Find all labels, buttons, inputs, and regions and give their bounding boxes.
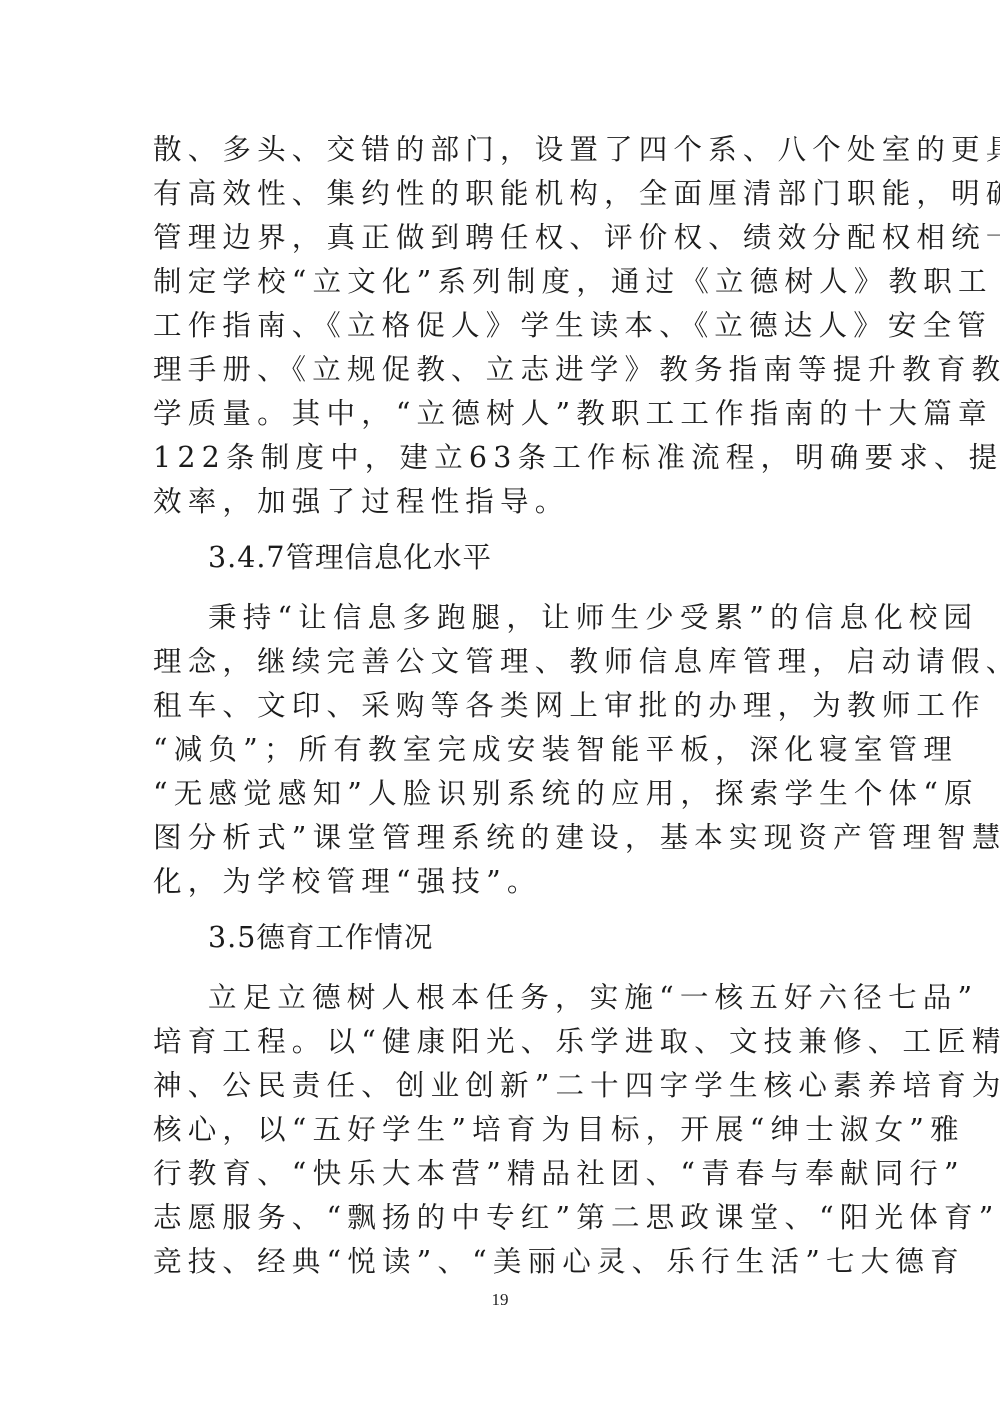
paragraph-line: 神、公民责任、创业创新”二十四字学生核心素养培育为 [153,1064,825,1108]
paragraph-line: 核心，以“五好学生”培育为目标，开展“绅士淑女”雅 [153,1108,825,1152]
paragraph-line: 理手册、《立规促教、立志进学》教务指南等提升教育教 [153,348,825,392]
paragraph-line: 学质量。其中，“立德树人”教职工工作指南的十大篇章 [153,392,825,436]
paragraph-line: 理念，继续完善公文管理、教师信息库管理，启动请假、 [153,640,825,684]
paragraph-line: 制定学校“立文化”系列制度，通过《立德树人》教职工 [153,260,825,304]
paragraph-line: “减负”；所有教室完成安装智能平板，深化寝室管理 [153,728,825,772]
section-heading: 3.4.7管理信息化水平 [208,536,492,580]
paragraph-line: 122条制度中，建立63条工作标准流程，明确要求、提升 [153,436,825,480]
paragraph-line: 立足立德树人根本任务，实施“一核五好六径七品” [208,976,825,1020]
page-number: 19 [0,1290,1000,1310]
paragraph-line: 租车、文印、采购等各类网上审批的办理，为教师工作 [153,684,825,728]
paragraph-line: 散、多头、交错的部门，设置了四个系、八个处室的更具 [153,128,825,172]
paragraph-line: 培育工程。以“健康阳光、乐学进取、文技兼修、工匠精 [153,1020,825,1064]
paragraph-line: “无感觉感知”人脸识别系统的应用，探索学生个体“原 [153,772,825,816]
paragraph-line: 志愿服务、“飘扬的中专红”第二思政课堂、“阳光体育” [153,1196,825,1240]
paragraph-line: 秉持“让信息多跑腿，让师生少受累”的信息化校园 [208,596,825,640]
paragraph-line: 行教育、“快乐大本营”精品社团、“青春与奉献同行” [153,1152,825,1196]
paragraph-line: 有高效性、集约性的职能机构，全面厘清部门职能，明确 [153,172,825,216]
paragraph-line: 效率，加强了过程性指导。 [153,480,825,524]
section-heading: 3.5德育工作情况 [208,916,433,960]
paragraph-line: 管理边界，真正做到聘任权、评价权、绩效分配权相统一。 [153,216,825,260]
paragraph-line: 工作指南、《立格促人》学生读本、《立德达人》安全管 [153,304,825,348]
paragraph-line: 化，为学校管理“强技”。 [153,860,825,904]
paragraph-line: 图分析式”课堂管理系统的建设，基本实现资产管理智慧 [153,816,825,860]
paragraph-line: 竞技、经典“悦读”、“美丽心灵、乐行生活”七大德育 [153,1240,825,1284]
document-page: 散、多头、交错的部门，设置了四个系、八个处室的更具 有高效性、集约性的职能机构，… [0,0,1000,1414]
